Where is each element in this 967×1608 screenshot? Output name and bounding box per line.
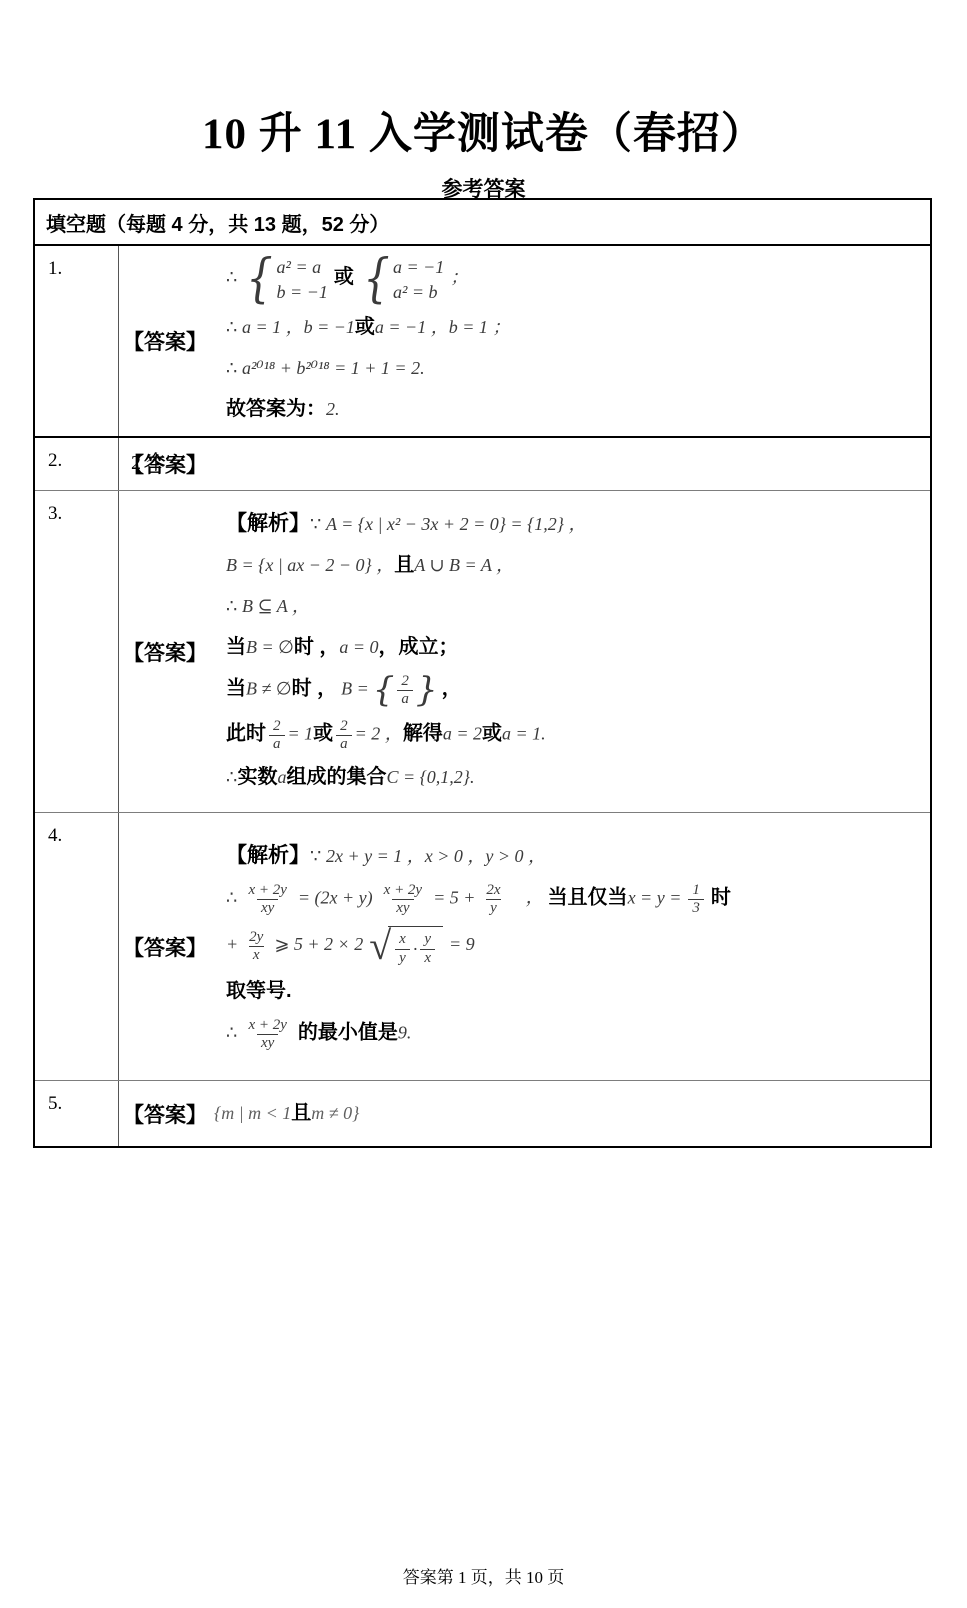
therefore-symbol: ∴ — [226, 1022, 237, 1042]
math-segment: m ≠ 0} — [311, 1103, 359, 1123]
chinese-text: 当且仅当 — [548, 886, 628, 908]
answer-content: {m | m < 1且m ≠ 0} — [226, 1098, 922, 1130]
page-title: 10 升 11 入学测试卷（春招） — [0, 100, 967, 161]
numerator: y — [420, 931, 435, 948]
numerator: x + 2y — [244, 882, 290, 899]
answer-text: 2 个 — [131, 448, 922, 480]
math-segment: = 5 + — [433, 887, 475, 907]
or-connector: 或 — [334, 266, 354, 288]
fraction: xy — [395, 931, 410, 967]
fraction: 2a — [336, 718, 352, 754]
math-segment: + — [226, 934, 238, 954]
math-segment: x = y = — [628, 887, 682, 907]
case-line: a² = b — [393, 281, 444, 304]
chinese-text: 实数 — [237, 766, 277, 788]
or-connector: 或 — [482, 722, 502, 744]
answer-text: {m | m < 1且m ≠ 0} — [214, 1098, 922, 1130]
denominator: x — [420, 949, 435, 967]
cases-group: { a = −1 a² = b — [360, 256, 444, 303]
cases-group: { a² = a b = −1 — [243, 256, 327, 303]
chinese-text: 取等号. — [226, 980, 292, 1002]
math-segment: B = {x | ax − 2 − 0} ， — [226, 555, 394, 575]
table-row: 3. 【答案】 【解析】∵ A = {x | x² − 3x + 2 = 0} … — [35, 490, 930, 812]
chinese-text: 时 ， — [294, 636, 340, 658]
math-line: B = {x | ax − 2 − 0} ，且A ∪ B = A ， — [226, 550, 922, 582]
math-line: ∴ a = 1 ，b = −1或a = −1 ，b = 1 ； — [226, 312, 922, 344]
chinese-text: 此时 — [226, 722, 266, 744]
denominator: xy — [257, 899, 278, 917]
math-segment: a = −1 ，b = 1 ； — [375, 317, 510, 337]
chinese-text: ， — [442, 677, 462, 699]
answer-value: 2 个 — [131, 452, 166, 474]
math-segment: ∵ 2x + y = 1 ，x > 0 ，y > 0 ， — [310, 846, 546, 866]
answer-content: 2 个 — [226, 448, 922, 480]
question-number: 2. — [35, 438, 119, 490]
numerator: 2 — [336, 718, 352, 735]
numerator: x + 2y — [380, 882, 426, 899]
conclusion-line: ∴ x + 2yxy 的最小值是9. — [226, 1017, 922, 1053]
math-segment: = 2 ， — [355, 723, 403, 743]
therefore-symbol: ∴ — [226, 887, 237, 907]
square-root: √ xy · yx — [369, 926, 443, 967]
answer-cell: 【答案】 2 个 — [119, 438, 930, 490]
or-connector: 或 — [355, 316, 375, 338]
table-row: 5. 【答案】 {m | m < 1且m ≠ 0} — [35, 1080, 930, 1146]
answer-content: 【解析】∵ 2x + y = 1 ，x > 0 ，y > 0 ， ∴ x + 2… — [226, 841, 922, 1053]
answer-label: 【答案】 — [123, 1099, 226, 1129]
numerator: 2x — [482, 882, 504, 899]
denominator: xy — [257, 1034, 278, 1052]
math-line: 当B = ∅时 ，a = 0，成立； — [226, 632, 922, 664]
footer-page-indicator: 答案第 1 页，共 10 页 — [0, 1563, 967, 1588]
analysis-line: 【解析】∵ 2x + y = 1 ，x > 0 ，y > 0 ， — [226, 841, 922, 873]
denominator: x — [249, 946, 264, 964]
punctuation: ， — [526, 887, 544, 907]
answer-label: 【答案】 — [123, 637, 226, 667]
fraction: 2yx — [245, 929, 267, 965]
numerator: x — [395, 931, 410, 948]
math-segment: = 9 — [449, 934, 475, 954]
question-number: 5. — [35, 1081, 119, 1146]
therefore-symbol: ∴ — [226, 267, 237, 287]
math-segment: a = 1. — [502, 723, 546, 743]
fraction: 13 — [688, 882, 704, 918]
math-segment: B ≠ ∅ — [246, 678, 292, 698]
math-segment: {m | m < 1 — [214, 1103, 291, 1123]
analysis-label: 【解析】 — [226, 844, 310, 867]
table-row: 2. 【答案】 2 个 — [35, 436, 930, 490]
math-line: + 2yx ⩾ 5 + 2 × 2 √ xy · yx = 9 — [226, 926, 922, 967]
fraction: yx — [420, 931, 435, 967]
chinese-text: 故答案为： — [226, 398, 326, 420]
chinese-text: 当 — [226, 636, 246, 658]
denominator: y — [395, 949, 410, 967]
right-brace: } — [416, 675, 438, 706]
document-page: 10 升 11 入学测试卷（春招） 参考答案 填空题（每题 4 分，共 13 题… — [0, 0, 967, 1608]
question-number: 3. — [35, 491, 119, 812]
answer-cell: 【答案】 【解析】∵ A = {x | x² − 3x + 2 = 0} = {… — [119, 491, 930, 812]
chinese-text: ，成立； — [379, 636, 459, 658]
conclusion-line: 故答案为：2. — [226, 394, 922, 426]
math-segment: ∵ A = {x | x² − 3x + 2 = 0} = {1,2} ， — [310, 514, 586, 534]
radicand: xy · yx — [388, 926, 443, 967]
numerator: 2 — [269, 718, 285, 735]
fraction: x + 2yxy — [244, 882, 290, 918]
fraction: x + 2yxy — [380, 882, 426, 918]
numerator: x + 2y — [244, 1017, 290, 1034]
math-segment: a = 2 — [443, 723, 482, 743]
denominator: xy — [392, 899, 413, 917]
analysis-label: 【解析】 — [226, 512, 310, 535]
dot-operator: · — [413, 934, 418, 964]
math-segment: = (2x + y) — [298, 887, 373, 907]
numerator: 1 — [688, 882, 704, 899]
math-line: 此时2a= 1或2a= 2 ，解得a = 2或a = 1. — [226, 718, 922, 754]
chinese-text: 时 — [711, 886, 731, 908]
math-line: ∴ { a² = a b = −1 或 { a = −1 — [226, 256, 922, 303]
answer-table: 填空题（每题 4 分，共 13 题，52 分） 1. 【答案】 ∴ { a² =… — [33, 198, 932, 1148]
and-connector: 且 — [394, 554, 414, 576]
numerator: 2 — [397, 673, 413, 690]
analysis-line: 【解析】∵ A = {x | x² − 3x + 2 = 0} = {1,2} … — [226, 509, 922, 541]
answer-content: ∴ { a² = a b = −1 或 { a = −1 — [226, 256, 922, 426]
punctuation: ； — [450, 267, 468, 287]
therefore-symbol: ∴ — [226, 767, 237, 787]
answer-cell: 【答案】 ∴ { a² = a b = −1 或 { — [119, 246, 930, 436]
answer-label: 【答案】 — [123, 326, 226, 356]
fraction: 2 a — [397, 673, 413, 709]
question-number: 4. — [35, 813, 119, 1080]
math-segment: ∴ a²⁰¹⁸ + b²⁰¹⁸ = 1 + 1 = 2. — [226, 358, 425, 378]
or-connector: 或 — [313, 722, 333, 744]
answer-value: 9. — [398, 1022, 412, 1042]
math-line: 当B ≠ ∅时 ， B = { 2 a } ， — [226, 673, 922, 709]
and-connector: 且 — [291, 1102, 311, 1124]
math-segment: a = 0 — [339, 637, 378, 657]
table-row: 4. 【答案】 【解析】∵ 2x + y = 1 ，x > 0 ，y > 0 ，… — [35, 812, 930, 1080]
case-line: a² = a — [277, 256, 328, 279]
denominator: a — [336, 735, 352, 753]
math-segment: ∴ a = 1 ，b = −1 — [226, 317, 355, 337]
fraction: 2a — [269, 718, 285, 754]
left-brace: { — [373, 675, 395, 706]
chinese-line: 取等号. — [226, 976, 922, 1008]
answer-content: 【解析】∵ A = {x | x² − 3x + 2 = 0} = {1,2} … — [226, 509, 922, 794]
math-segment: C = {0,1,2}. — [386, 767, 474, 787]
math-segment: ∴ B ⊆ A ， — [226, 596, 310, 616]
answer-cell: 【答案】 【解析】∵ 2x + y = 1 ，x > 0 ，y > 0 ， ∴ … — [119, 813, 930, 1080]
set-group: { 2 a } — [373, 673, 438, 709]
fraction: x + 2yxy — [244, 1017, 290, 1053]
case-line: a = −1 — [393, 256, 444, 279]
denominator: a — [269, 735, 285, 753]
answer-cell: 【答案】 {m | m < 1且m ≠ 0} — [119, 1081, 930, 1146]
chinese-text: 当 — [226, 677, 246, 699]
left-brace: { — [247, 257, 273, 301]
section-header: 填空题（每题 4 分，共 13 题，52 分） — [35, 200, 930, 246]
question-number: 1. — [35, 246, 119, 436]
chinese-text: 的最小值是 — [298, 1021, 398, 1043]
math-segment: B = ∅ — [246, 637, 294, 657]
denominator: a — [397, 690, 413, 708]
answer-label: 【答案】 — [123, 932, 226, 962]
table-row: 1. 【答案】 ∴ { a² = a b = −1 或 — [35, 246, 930, 436]
answer-value: 2. — [326, 399, 340, 419]
chinese-text: 组成的集合 — [286, 766, 386, 788]
math-segment: B = — [341, 678, 369, 698]
chinese-text: 解得 — [403, 722, 443, 744]
denominator: y — [486, 899, 501, 917]
case-line: b = −1 — [277, 281, 328, 304]
numerator: 2y — [245, 929, 267, 946]
chinese-text: 时 ， — [292, 677, 338, 699]
math-segment: = 1 — [288, 723, 314, 743]
math-line: ∴ x + 2yxy = (2x + y) x + 2yxy = 5 + 2xy… — [226, 882, 922, 918]
conclusion-line: ∴实数a组成的集合C = {0,1,2}. — [226, 762, 922, 794]
math-line: ∴ a²⁰¹⁸ + b²⁰¹⁸ = 1 + 1 = 2. — [226, 353, 922, 385]
math-segment: ⩾ 5 + 2 × 2 — [274, 934, 363, 954]
math-line: ∴ B ⊆ A ， — [226, 591, 922, 623]
denominator: 3 — [688, 899, 704, 917]
fraction: 2xy — [482, 882, 504, 918]
math-segment: A ∪ B = A ， — [414, 555, 514, 575]
left-brace: { — [363, 257, 389, 301]
